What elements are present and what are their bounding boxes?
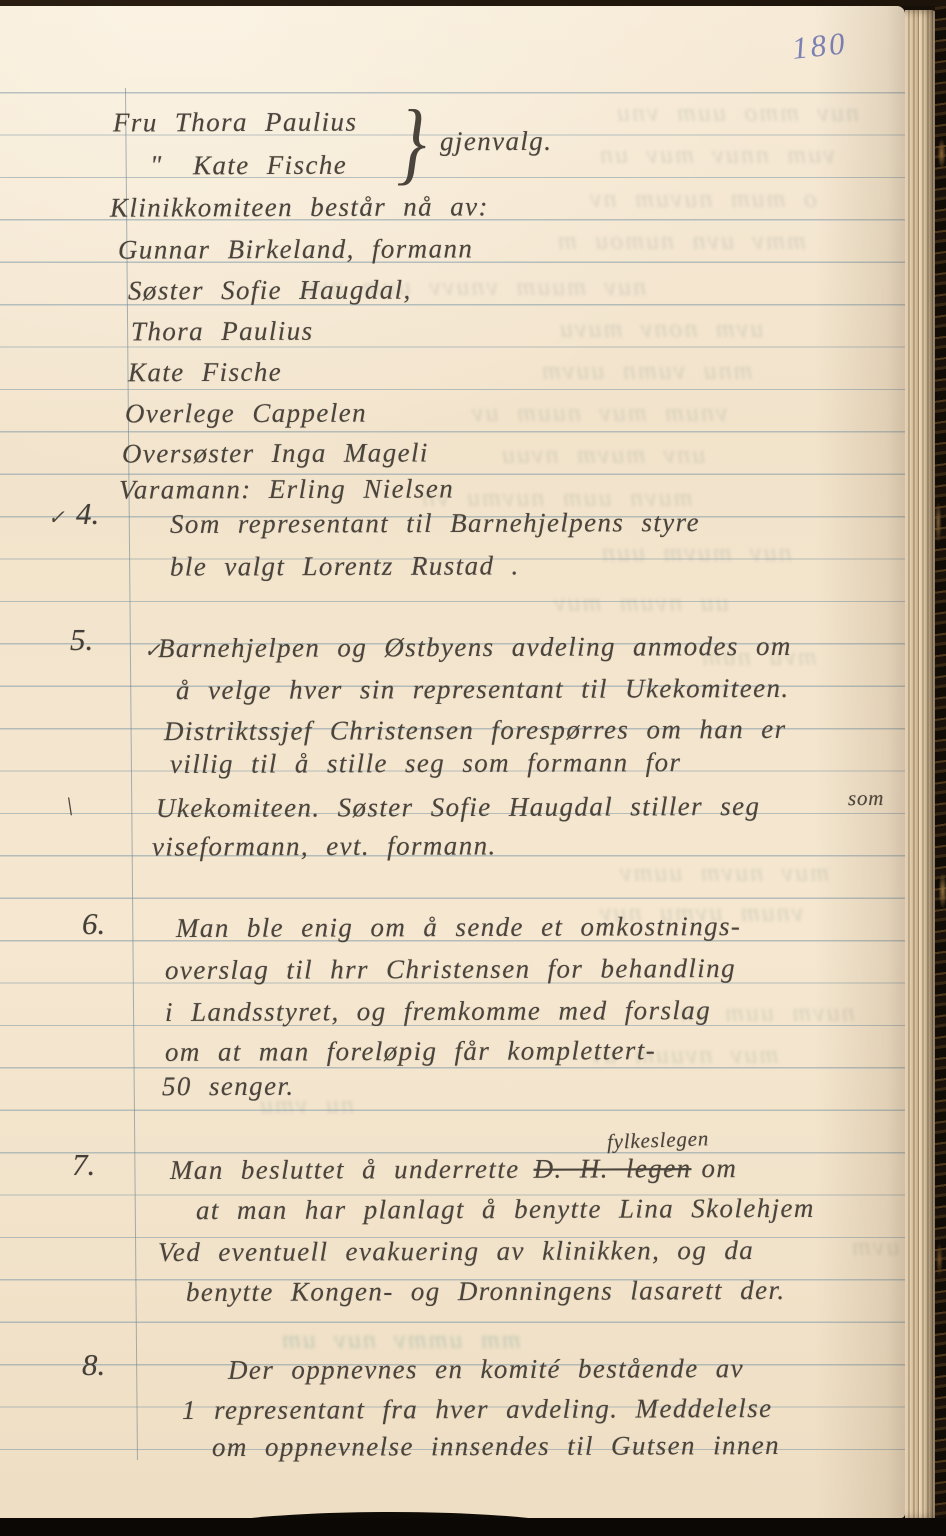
handwritten-line: 50 senger.: [162, 1071, 295, 1102]
handwritten-line: om at man foreløpig får komplettert-: [165, 1035, 656, 1068]
brace-glyph: }: [397, 96, 426, 188]
bleedthrough-line: uvm nonv muvu: [558, 314, 763, 344]
handwritten-line: villig til å stille seg som formann for: [170, 747, 681, 780]
handwritten-line: at man har planlagt å benytte Lina Skole…: [196, 1193, 815, 1226]
handwritten-line: Som representant til Barnehjelpens styre: [170, 507, 700, 540]
committee-member: Kate Fische: [128, 357, 282, 389]
committee-member: Thora Paulius: [131, 316, 314, 348]
page-number: 180: [790, 25, 849, 67]
committee-member: Overlege Cappelen: [125, 398, 367, 430]
committee-member: Oversøster Inga Mageli: [122, 437, 429, 469]
struck-text: D. H. legen: [534, 1153, 692, 1184]
handwritten-line: overslag til hrr Christensen for behandl…: [165, 953, 736, 986]
bleedthrough-line: mnu vumn uuvm: [540, 356, 752, 386]
page-edge-stack: [905, 10, 937, 1520]
handwritten-line: Barnehjelpen og Østbyens avdeling anmode…: [158, 631, 792, 664]
handwritten-line: Der oppnevnes en komité bestående av: [228, 1353, 744, 1386]
item-number: 5.: [70, 622, 93, 658]
bleedthrough-line: uvm: [850, 1232, 899, 1262]
book-cover-edge: [935, 0, 946, 1536]
committee-member: Søster Sofie Haugdal,: [128, 275, 412, 307]
line-pre: Man besluttet å underrette: [170, 1154, 520, 1185]
bleedthrough-line: mmv uvn numou m: [556, 226, 806, 256]
line-post: om: [701, 1153, 737, 1183]
handwritten-line: om oppnevnelse innsendes til Gutsen inne…: [212, 1430, 780, 1463]
handwritten-line: Man ble enig om å sende et omkostnings-: [176, 911, 741, 944]
item-number: 7.: [72, 1147, 95, 1183]
scanned-notebook-photo: nuv mmo uum vnu vum nnuv muv un o mum nu…: [0, 0, 946, 1536]
bleedthrough-line: unv muvm nvuu: [500, 440, 705, 470]
bleedthrough-line: nuv mmo uum vnu: [615, 98, 859, 128]
bleedthrough-line: uu nvum muv: [552, 588, 729, 618]
photo-bottom-shadow: [0, 1518, 946, 1536]
item-number: 4.: [76, 496, 99, 532]
committee-member: Gunnar Birkeland, formann: [118, 233, 473, 265]
handwritten-line: viseformann, evt. formann.: [152, 830, 497, 862]
correction-annotation: fylkeslegen: [607, 1126, 710, 1155]
bleedthrough-line: vum nnuv muv un: [598, 140, 835, 170]
handwritten-line: Ved eventuell evakuering av klinikken, o…: [158, 1235, 754, 1268]
handwritten-line: Fru Thora Paulius: [113, 107, 357, 139]
bleedthrough-line: nuv muvm uun: [600, 538, 792, 568]
bleedthrough-line: muv nuvm uumv: [618, 858, 829, 888]
handwritten-line: Kate Fische: [193, 150, 347, 182]
handwritten-line: å velge hver sin representant til Ukekom…: [176, 673, 790, 706]
handwritten-line: Ukekomiteen. Søster Sofie Haugdal stille…: [156, 791, 761, 824]
handwritten-line: i Landsstyret, og fremkomme med forslag: [165, 995, 711, 1028]
handwritten-line: 1 representant fra hver avdeling. Meddel…: [182, 1393, 773, 1426]
photo-top-shadow: [0, 0, 946, 6]
bleedthrough-line: o mum nuvum nv: [588, 184, 817, 214]
handwritten-note: gjenvalg.: [440, 126, 552, 157]
raised-word: som: [848, 786, 884, 811]
bleedthrough-line: mm ummv nuv um: [280, 1325, 520, 1355]
check-mark: ✓: [48, 505, 65, 530]
handwritten-line: Man besluttet å underretteD. H. legenom: [170, 1153, 737, 1186]
item-number: 8.: [82, 1347, 105, 1383]
margin-stroke: \: [66, 792, 73, 822]
committee-member: Varamann: Erling Nielsen: [119, 473, 454, 505]
handwritten-line: Distriktssjef Christensen forespørres om…: [164, 714, 787, 747]
item-number: 6.: [82, 906, 105, 942]
handwritten-line: Klinikkomiteen består nå av:: [110, 191, 489, 223]
bleedthrough-line: vnum muv nuum uv: [470, 398, 727, 428]
handwritten-line: benytte Kongen- og Dronningens lasarett …: [186, 1275, 786, 1308]
ditto-mark: ": [150, 150, 163, 181]
handwritten-line: ble valgt Lorentz Rustad .: [170, 550, 520, 582]
